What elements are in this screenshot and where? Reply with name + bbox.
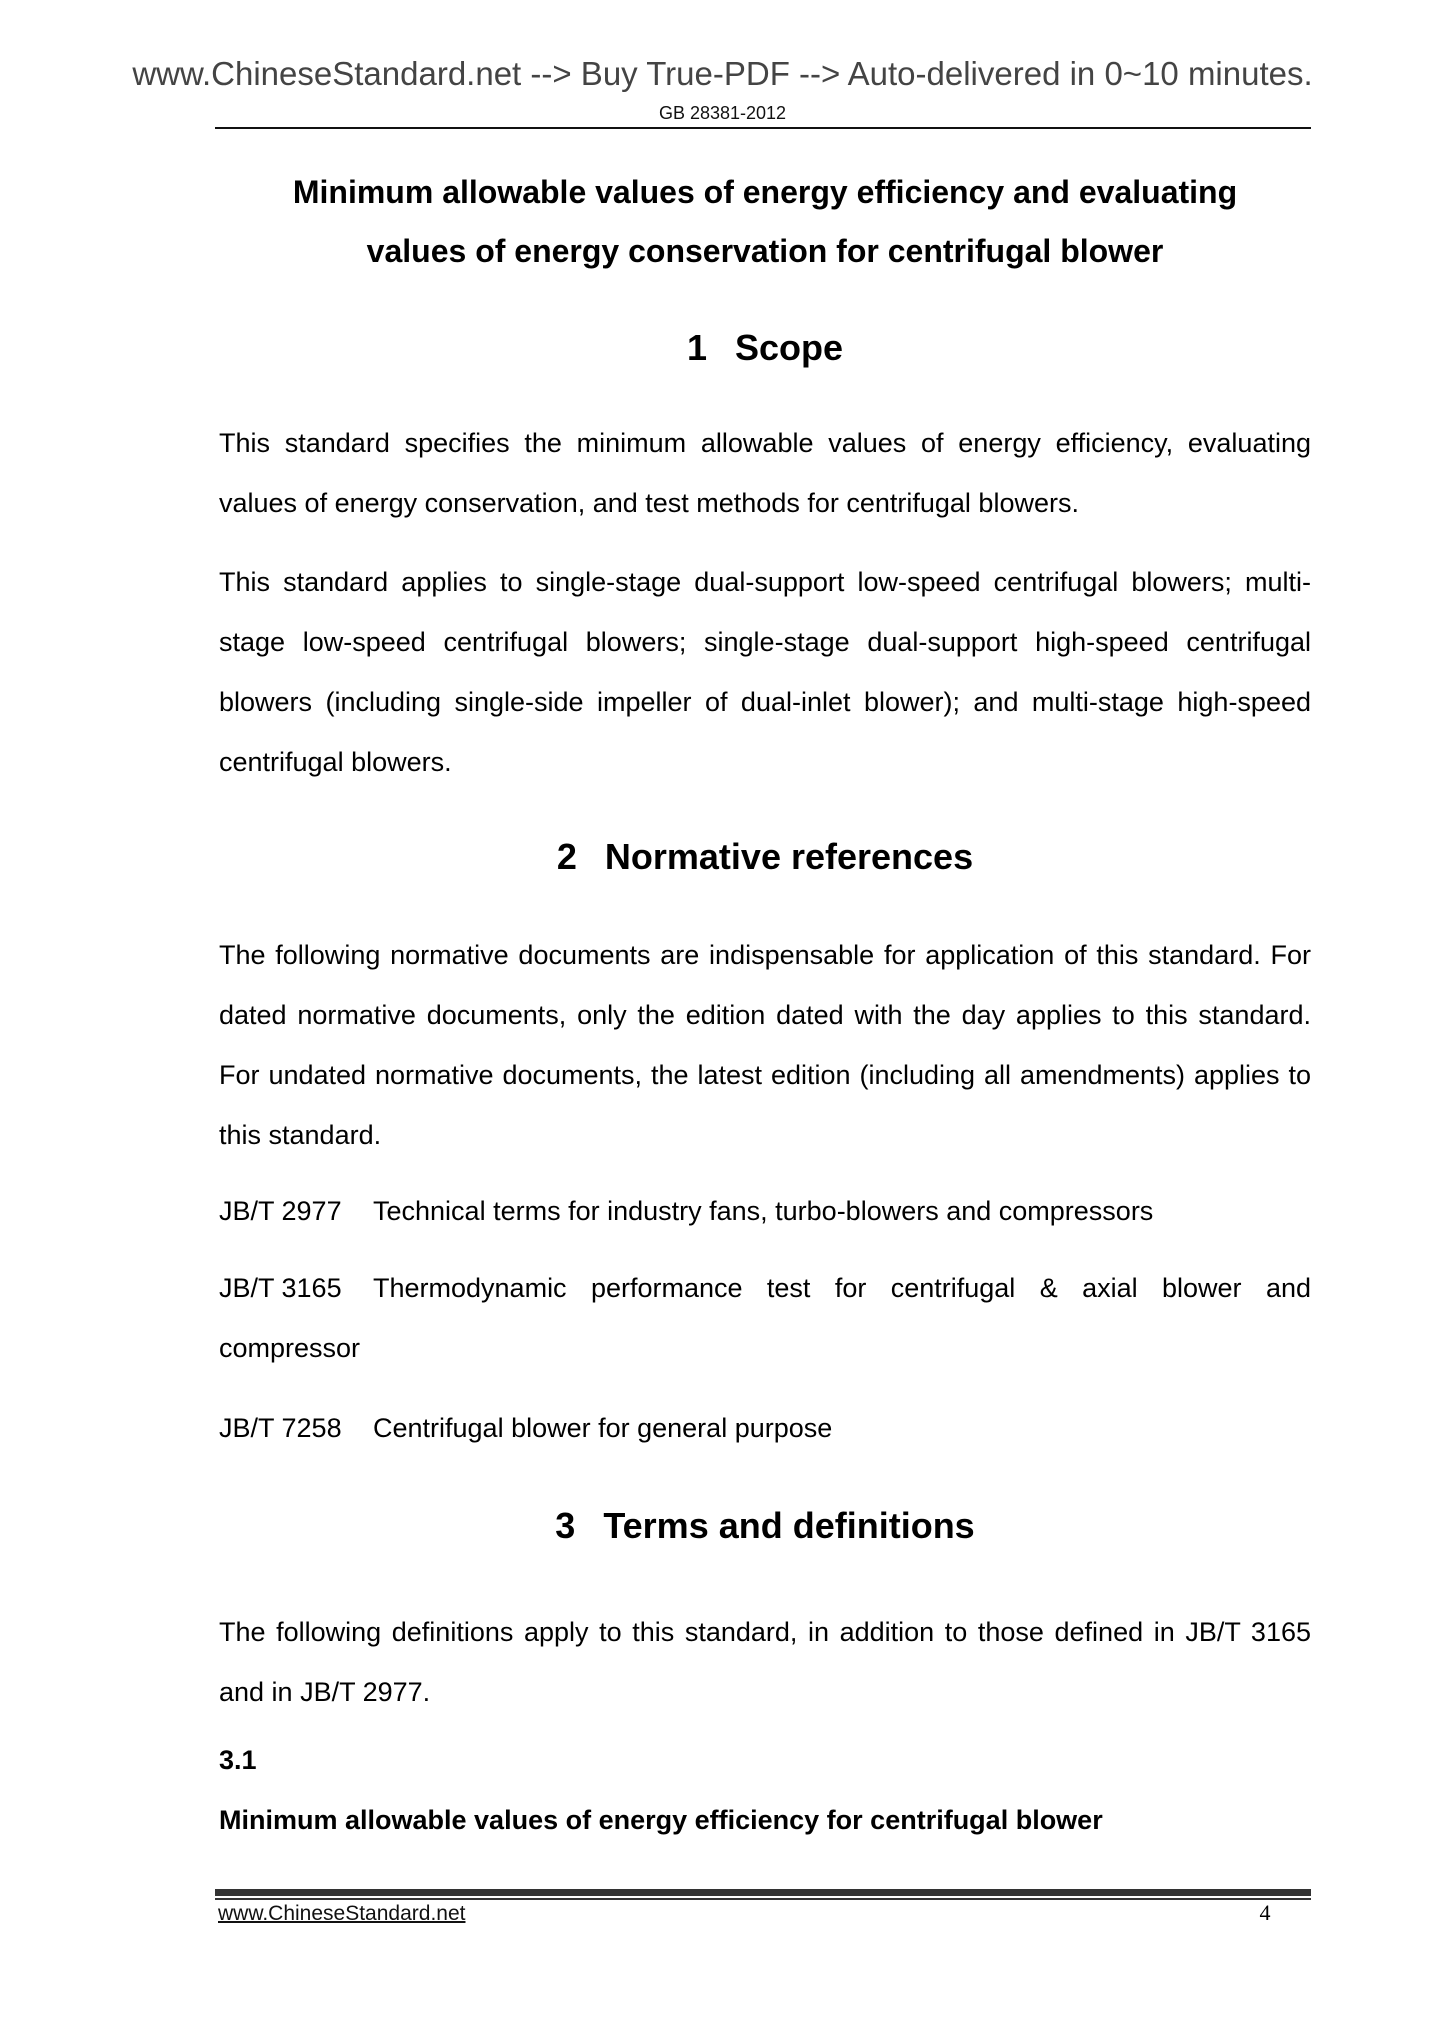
footer-rule-thin bbox=[215, 1898, 1311, 1900]
section-heading-terms-and-definitions: 3Terms and definitions bbox=[219, 1504, 1311, 1548]
reference-title: Thermodynamic performance test for centr… bbox=[219, 1273, 1311, 1363]
page-number: 4 bbox=[1250, 1900, 1280, 1926]
paragraph: The following normative documents are in… bbox=[219, 925, 1311, 1165]
section-title: Normative references bbox=[605, 836, 973, 877]
section-number: 3 bbox=[555, 1504, 575, 1548]
paragraph: This standard applies to single-stage du… bbox=[219, 552, 1311, 792]
reference-item: JB/T 2977Technical terms for industry fa… bbox=[219, 1181, 1311, 1241]
section-heading-normative-references: 2Normative references bbox=[219, 835, 1311, 879]
footer-rule-thick bbox=[215, 1889, 1311, 1896]
reference-code: JB/T 7258 bbox=[219, 1398, 373, 1458]
term-title: Minimum allowable values of energy effic… bbox=[219, 1790, 1311, 1850]
reference-code: JB/T 3165 bbox=[219, 1258, 373, 1318]
reference-title: Centrifugal blower for general purpose bbox=[373, 1413, 832, 1443]
reference-title: Technical terms for industry fans, turbo… bbox=[373, 1196, 1153, 1226]
section-heading-scope: 1Scope bbox=[219, 326, 1311, 370]
document-number: GB 28381-2012 bbox=[0, 102, 1445, 124]
section-number: 1 bbox=[687, 326, 707, 370]
footer-website-link[interactable]: www.ChineseStandard.net bbox=[218, 1901, 465, 1927]
document-title: Minimum allowable values of energy effic… bbox=[219, 163, 1311, 281]
subsection-number: 3.1 bbox=[219, 1730, 1311, 1790]
paragraph: The following definitions apply to this … bbox=[219, 1602, 1311, 1722]
scope-body: This standard specifies the minimum allo… bbox=[219, 413, 1311, 792]
section-title: Scope bbox=[735, 327, 843, 368]
terms-body: The following definitions apply to this … bbox=[219, 1602, 1311, 1722]
normative-body: The following normative documents are in… bbox=[219, 925, 1311, 1165]
promo-banner: www.ChineseStandard.net --> Buy True-PDF… bbox=[0, 54, 1445, 94]
section-number: 2 bbox=[557, 835, 577, 879]
section-title: Terms and definitions bbox=[603, 1505, 974, 1546]
reference-item: JB/T 7258Centrifugal blower for general … bbox=[219, 1398, 1311, 1458]
reference-code: JB/T 2977 bbox=[219, 1181, 373, 1241]
title-line-1: Minimum allowable values of energy effic… bbox=[219, 163, 1311, 222]
subsection-3-1: 3.1 Minimum allowable values of energy e… bbox=[219, 1730, 1311, 1850]
reference-list: JB/T 2977Technical terms for industry fa… bbox=[219, 1181, 1311, 1458]
reference-item: JB/T 3165Thermodynamic performance test … bbox=[219, 1258, 1311, 1378]
header-rule bbox=[215, 127, 1311, 129]
title-line-2: values of energy conservation for centri… bbox=[219, 222, 1311, 281]
paragraph: This standard specifies the minimum allo… bbox=[219, 413, 1311, 533]
